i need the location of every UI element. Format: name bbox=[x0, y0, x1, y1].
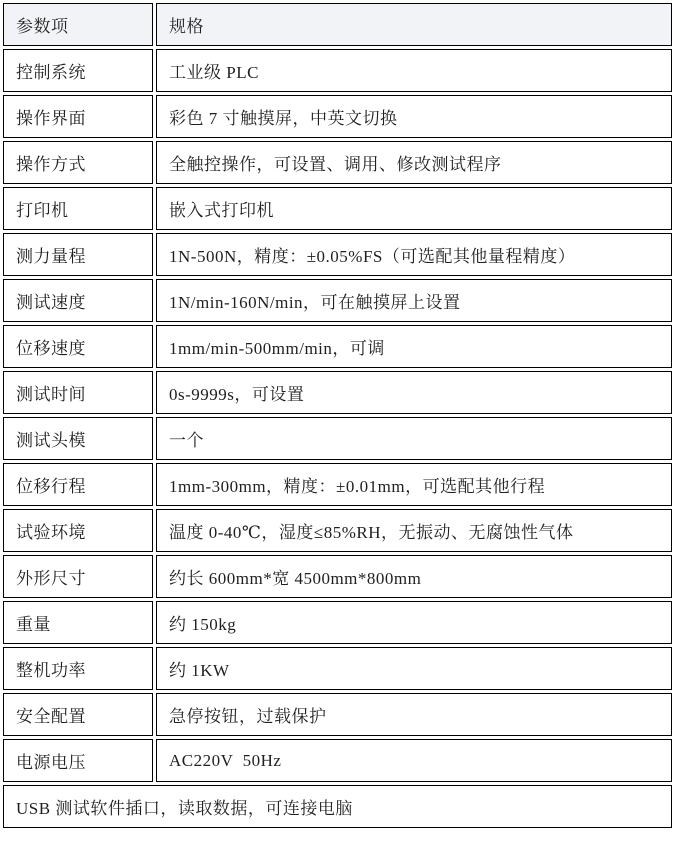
table-row: 电源电压AC220V 50Hz bbox=[3, 739, 672, 782]
table-row: 测试头模一个 bbox=[3, 417, 672, 460]
footer-cell-usb-note: USB 测试软件插口，读取数据，可连接电脑 bbox=[3, 785, 672, 828]
spec-cell: AC220V 50Hz bbox=[156, 739, 672, 782]
param-cell: 重量 bbox=[3, 601, 153, 644]
spec-cell: 温度 0-40℃，湿度≤85%RH，无振动、无腐蚀性气体 bbox=[156, 509, 672, 552]
spec-table-header: 参数项 规格 bbox=[3, 3, 672, 46]
table-row: 外形尺寸约长 600mm*宽 4500mm*800mm bbox=[3, 555, 672, 598]
table-row: 操作方式全触控操作，可设置、调用、修改测试程序 bbox=[3, 141, 672, 184]
table-row: 控制系统工业级 PLC bbox=[3, 49, 672, 92]
param-cell: 测力量程 bbox=[3, 233, 153, 276]
param-cell: 操作方式 bbox=[3, 141, 153, 184]
param-cell: 试验环境 bbox=[3, 509, 153, 552]
param-cell: 测试时间 bbox=[3, 371, 153, 414]
param-cell: 控制系统 bbox=[3, 49, 153, 92]
table-row: 位移速度1mm/min-500mm/min，可调 bbox=[3, 325, 672, 368]
header-cell-param: 参数项 bbox=[3, 3, 153, 46]
spec-cell: 急停按钮，过载保护 bbox=[156, 693, 672, 736]
spec-table-footer: USB 测试软件插口，读取数据，可连接电脑 bbox=[3, 785, 672, 828]
footer-row: USB 测试软件插口，读取数据，可连接电脑 bbox=[3, 785, 672, 828]
param-cell: 测试头模 bbox=[3, 417, 153, 460]
table-row: 重量约 150kg bbox=[3, 601, 672, 644]
table-row: 试验环境温度 0-40℃，湿度≤85%RH，无振动、无腐蚀性气体 bbox=[3, 509, 672, 552]
param-cell: 安全配置 bbox=[3, 693, 153, 736]
spec-cell: 1N-500N，精度：±0.05%FS（可选配其他量程精度） bbox=[156, 233, 672, 276]
param-cell: 位移行程 bbox=[3, 463, 153, 506]
param-cell: 打印机 bbox=[3, 187, 153, 230]
spec-cell: 1N/min-160N/min，可在触摸屏上设置 bbox=[156, 279, 672, 322]
table-row: 测试时间0s-9999s，可设置 bbox=[3, 371, 672, 414]
param-cell: 操作界面 bbox=[3, 95, 153, 138]
table-row: 位移行程1mm-300mm，精度：±0.01mm，可选配其他行程 bbox=[3, 463, 672, 506]
spec-cell: 约 1KW bbox=[156, 647, 672, 690]
spec-cell: 工业级 PLC bbox=[156, 49, 672, 92]
param-cell: 位移速度 bbox=[3, 325, 153, 368]
table-row: 操作界面彩色 7 寸触摸屏，中英文切换 bbox=[3, 95, 672, 138]
param-cell: 测试速度 bbox=[3, 279, 153, 322]
table-row: 测力量程1N-500N，精度：±0.05%FS（可选配其他量程精度） bbox=[3, 233, 672, 276]
spec-cell: 嵌入式打印机 bbox=[156, 187, 672, 230]
spec-cell: 彩色 7 寸触摸屏，中英文切换 bbox=[156, 95, 672, 138]
spec-cell: 0s-9999s，可设置 bbox=[156, 371, 672, 414]
param-cell: 整机功率 bbox=[3, 647, 153, 690]
spec-table-body: 控制系统工业级 PLC操作界面彩色 7 寸触摸屏，中英文切换操作方式全触控操作，… bbox=[3, 49, 672, 782]
spec-cell: 约长 600mm*宽 4500mm*800mm bbox=[156, 555, 672, 598]
table-row: 测试速度1N/min-160N/min，可在触摸屏上设置 bbox=[3, 279, 672, 322]
spec-cell: 1mm/min-500mm/min，可调 bbox=[156, 325, 672, 368]
spec-cell: 约 150kg bbox=[156, 601, 672, 644]
table-row: 打印机嵌入式打印机 bbox=[3, 187, 672, 230]
header-row: 参数项 规格 bbox=[3, 3, 672, 46]
param-cell: 外形尺寸 bbox=[3, 555, 153, 598]
param-cell: 电源电压 bbox=[3, 739, 153, 782]
table-row: 安全配置急停按钮，过载保护 bbox=[3, 693, 672, 736]
spec-cell: 1mm-300mm，精度：±0.01mm，可选配其他行程 bbox=[156, 463, 672, 506]
spec-cell: 全触控操作，可设置、调用、修改测试程序 bbox=[156, 141, 672, 184]
table-row: 整机功率约 1KW bbox=[3, 647, 672, 690]
spec-cell: 一个 bbox=[156, 417, 672, 460]
spec-table: 参数项 规格 控制系统工业级 PLC操作界面彩色 7 寸触摸屏，中英文切换操作方… bbox=[0, 0, 675, 831]
header-cell-spec: 规格 bbox=[156, 3, 672, 46]
